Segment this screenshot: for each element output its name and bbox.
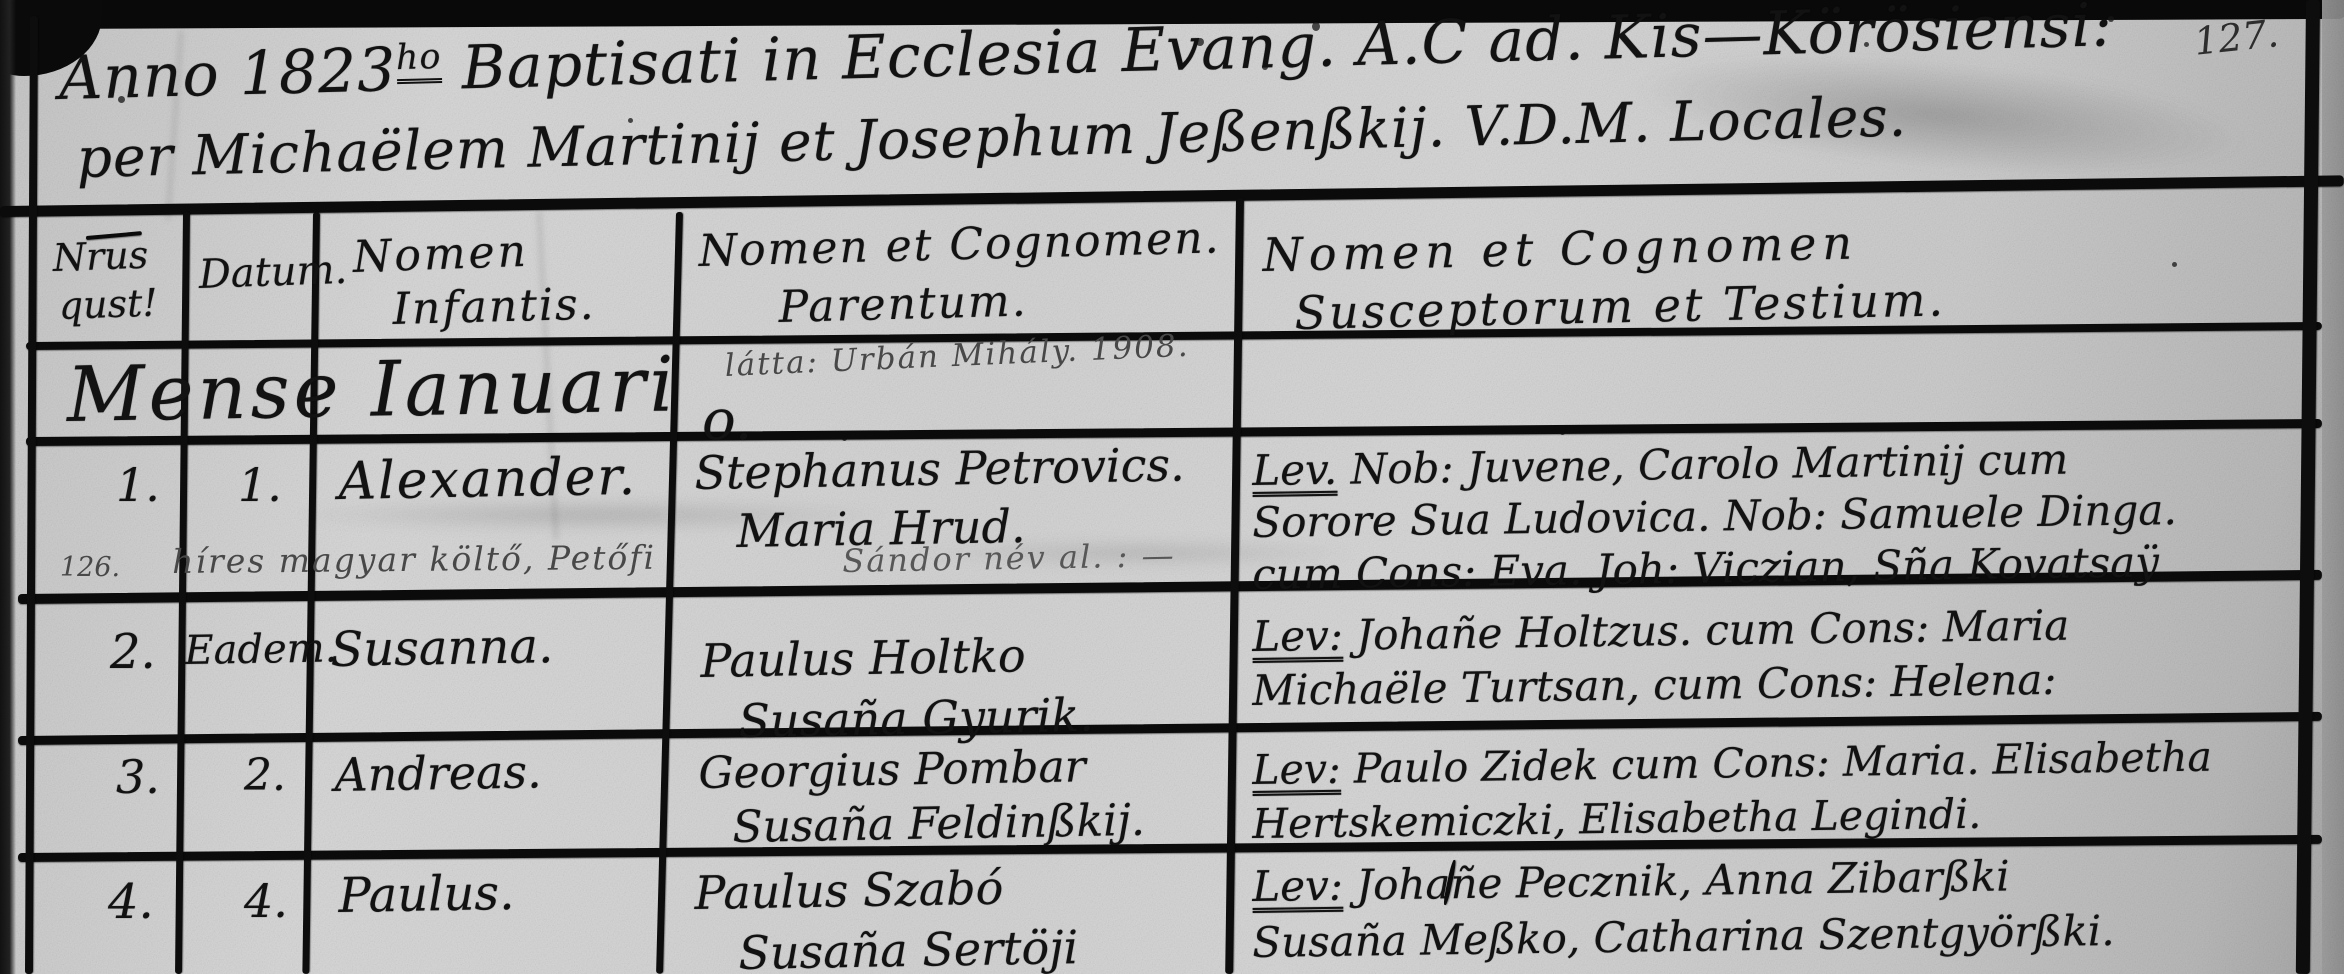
row1-sponsors-line2: Sorore Sua Ludovica. Nob: Samuele Dinga. [1252, 485, 2177, 547]
table-border-right [2296, 0, 2320, 974]
month-label-suffix: o. [702, 388, 753, 453]
petofi-note-text2: Sándor név al. : — [842, 536, 1176, 580]
row4-sponsors-line1: Lev: Johañe Pecznik, Anna Zibarßki [1252, 851, 2010, 911]
col-header-infant-line2: Infantis. [392, 279, 596, 335]
row1-nrus: 1. [116, 458, 160, 512]
row4-parents-line1: Paulus Szabó [694, 861, 1004, 920]
ink-speck [2172, 262, 2177, 267]
row2-sponsors-line1: Lev: Johañe Holtzus. cum Cons: Maria [1252, 601, 2070, 661]
levavit-abbrev: Lev: [1252, 861, 1343, 911]
title-year-suffix: ho [395, 37, 442, 84]
sponsors-text: Nob: Juvene, Carolo Martinij cum [1337, 435, 2069, 494]
row2-infant-name: Susanna. [330, 618, 554, 678]
row3-datum: 2. [244, 750, 286, 801]
col-header-sponsors-line1: Nomen et Cognomen [1262, 216, 1859, 282]
petofi-note-number: 126. [60, 552, 120, 583]
levavit-abbrev: Lev: [1252, 611, 1343, 661]
levavit-abbrev: Lev. [1252, 445, 1338, 495]
row1-infant-name: Alexander. [338, 447, 638, 512]
page-number: 127. [2192, 11, 2281, 64]
row1-sponsors-line1: Lev. Nob: Juvene, Carolo Martinij cum [1252, 435, 2069, 495]
row2-nrus: 2. [110, 624, 156, 680]
row3-parents-line1: Georgius Pombar [698, 741, 1086, 799]
row2-parents-line1: Paulus Holtko [700, 628, 1026, 688]
row3-sponsors-line1: Lev: Paulo Zidek cum Cons: Maria. Elisab… [1252, 733, 2212, 794]
row2-sponsors-line2: Michaële Turtsan, cum Cons: Helena: [1252, 655, 2057, 715]
petofi-note-text: híres magyar költő, Petőfi [172, 538, 656, 581]
row4-parents-line2: Susaña Sertöji [738, 920, 1079, 974]
row3-nrus: 3. [116, 750, 160, 804]
col-header-infant-line1: Nomen [352, 226, 530, 283]
row2-parents-line2: Susaña Gyurik. [738, 688, 1094, 748]
row3-sponsors-line2: Hertskemiczki, Elisabetha Legindi. [1252, 790, 1982, 848]
table-border-left [25, 16, 38, 974]
col-header-nrus-line2: qust! [58, 281, 158, 328]
scan-right-margin [2322, 0, 2344, 974]
month-label: Mense Ianuari [66, 339, 679, 439]
row4-sponsors-line2: Susaña Meßko, Catharina Szentgyörßki. [1252, 906, 2115, 967]
col-header-datum: Datum. [198, 247, 348, 298]
row3-infant-name: Andreas. [334, 744, 542, 802]
row4-nrus: 4. [108, 874, 154, 930]
col-header-parents-line2: Parentum. [778, 275, 1028, 333]
row1-parents-line1: Stephanus Petrovics. [694, 437, 1185, 500]
register-page: Anno 1823ho Baptisati in Ecclesia Evang.… [0, 0, 2344, 974]
row1-sponsors-line3: cum Cons: Eva. Joh: Viczian, Sña Kovatsa… [1252, 537, 2159, 599]
sponsors-text: Paulo Zidek cum Cons: Maria. Elisabetha [1340, 733, 2212, 793]
sponsors-text: Johañe Pecznik, Anna Zibarßki [1343, 851, 2010, 909]
row2-datum: Eadem. [184, 625, 338, 674]
row3-parents-line2: Susaña Feldinßkij. [732, 795, 1145, 853]
scan-left-edge [0, 0, 16, 974]
row4-datum: 4. [244, 874, 288, 928]
levavit-abbrev: Lev: [1252, 745, 1341, 794]
row4-infant-name: Paulus. [338, 865, 515, 924]
col-header-nrus-line1: Nrus [52, 233, 149, 280]
sponsors-text: Johañe Holtzus. cum Cons: Maria [1343, 601, 2070, 660]
row1-datum: 1. [238, 458, 282, 512]
title-year: Anno 1823 [58, 35, 397, 114]
col-header-parents-line1: Nomen et Cognomen. [698, 212, 1221, 277]
